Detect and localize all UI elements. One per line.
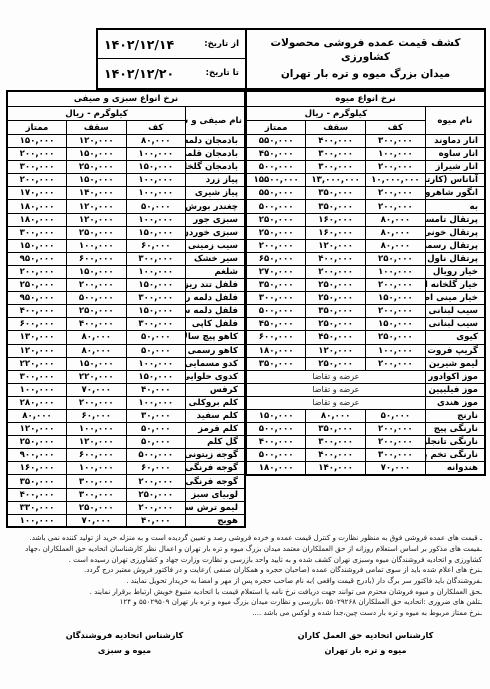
price-premium: ۲۵۰,۰۰۰ xyxy=(246,213,306,226)
signature-right-line2: میوه و تره بار تهران xyxy=(245,643,486,658)
price-floor: ۲۰۰,۰۰۰ xyxy=(126,501,186,514)
table-row: لوبیای سبز۲۵۰,۰۰۰۳۰۰,۰۰۰۴۰۰,۰۰۰ xyxy=(7,488,245,501)
signature-left-line2: میوه و سبزی xyxy=(4,643,245,658)
price-premium: ۳۰۰,۰۰۰ xyxy=(246,292,306,305)
table-row: گل کلم۵۰,۰۰۰۱۲۰,۰۰۰۲۵۰,۰۰۰ xyxy=(7,436,245,449)
table-row: بادمجان قلمی۱۰۰,۰۰۰۱۵۰,۰۰۰۲۰۰,۰۰۰ xyxy=(7,148,245,161)
price-ceiling: ۸۰,۰۰۰ xyxy=(67,331,127,344)
table-row: انگور شاهرودی۲۰۰,۰۰۰۳۵۰,۰۰۰۵۵۰,۰۰۰ xyxy=(246,187,485,200)
price-ceiling: ۲۵۰,۰۰۰ xyxy=(306,292,366,305)
table-row: سیب زمینی۶۰,۰۰۰۱۰۰,۰۰۰۱۵۰,۰۰۰ xyxy=(7,239,245,252)
price-premium: ۹۵۰,۰۰۰ xyxy=(7,292,67,305)
fruit-col-floor: کف xyxy=(366,121,426,135)
product-name: لیمو ترش سنگی xyxy=(186,501,246,514)
table-row: پرتقال تامسون شمال۸۰,۰۰۰۱۶۰,۰۰۰۲۵۰,۰۰۰ xyxy=(246,213,485,226)
price-ceiling: ۷۰,۰۰۰ xyxy=(67,383,127,396)
price-bulletin-document: کشف قیمت عمده فروشی محصولات کشاورزی میدا… xyxy=(0,0,490,689)
product-name: فلفل تند ریز xyxy=(186,279,246,292)
price-floor: ۳۰۰,۰۰۰ xyxy=(126,292,186,305)
price-ceiling: ۱۵۰,۰۰۰ xyxy=(67,174,127,187)
price-floor: ۸۰,۰۰۰ xyxy=(126,135,186,148)
product-name: کرفس xyxy=(186,383,246,396)
product-name: کلم قرمز xyxy=(186,423,246,436)
product-name: گریپ فروت تو سرخ xyxy=(425,344,485,357)
price-premium: ۱۲۰,۰۰۰ xyxy=(7,344,67,357)
price-floor: ۳۰۰,۰۰۰ xyxy=(126,318,186,331)
price-premium: ۳۳۰,۰۰۰ xyxy=(7,501,67,514)
table-row: موز اکوادورعرضه و تقاضا xyxy=(246,370,485,383)
table-row: نارنگی پیج۲۰۰,۰۰۰۳۵۰,۰۰۰۵۰۰,۰۰۰ xyxy=(246,423,485,436)
price-premium: ۳۵۰,۰۰۰ xyxy=(246,279,306,292)
table-row: خیار رویال۱۰۰,۰۰۰۲۰۰,۰۰۰۲۷۰,۰۰۰ xyxy=(246,265,485,278)
table-row: هندوانه۷۰,۰۰۰۱۴۰,۰۰۰۱۸۰,۰۰۰ xyxy=(246,462,485,475)
price-ceiling: ۱۶۰,۰۰۰ xyxy=(306,213,366,226)
price-ceiling: ۳۰۰,۰۰۰ xyxy=(306,161,366,174)
note-line: ـنرخ ممتاز مربوط به میوه و تره بار دست چ… xyxy=(8,608,482,619)
fruit-name-header: نام میوه xyxy=(425,107,485,135)
price-ceiling: ۳۰۰,۰۰۰ xyxy=(67,475,127,488)
price-floor: ۱۰۰,۰۰۰ xyxy=(126,187,186,200)
signature-left-line1: کارشناس اتحادیه فروشندگان xyxy=(4,628,245,643)
product-name: پرتقال ناول جنوب xyxy=(425,252,485,265)
price-floor: ۱۵۰,۰۰۰ xyxy=(126,279,186,292)
table-row: لیمو شیرین۲۰۰,۰۰۰۲۵۰,۰۰۰۳۵۰,۰۰۰ xyxy=(246,357,485,370)
price-floor: ۶۰,۰۰۰ xyxy=(126,462,186,475)
price-ceiling: ۲۵۰,۰۰۰ xyxy=(306,357,366,370)
note-line: ـقیمت های مذکور بر اساس استعلام روزانه ا… xyxy=(8,544,482,565)
table-row: چغندر بورش۵۰,۰۰۰۱۲۰,۰۰۰۱۸۰,۰۰۰ xyxy=(7,200,245,213)
table-row: هویج۴۰,۰۰۰۷۰,۰۰۰۱۰۰,۰۰۰ xyxy=(7,514,245,527)
price-ceiling: ۲۵۰,۰۰۰ xyxy=(67,501,127,514)
price-floor: ۲۰۰,۰۰۰ xyxy=(366,357,426,370)
price-ceiling: ۲۲۰,۰۰۰ xyxy=(67,370,127,383)
table-row: فلفل دلمه رنگی۳۰۰,۰۰۰۵۰۰,۰۰۰۹۵۰,۰۰۰ xyxy=(7,292,245,305)
table-row: گریپ فروت تو سرخ۱۰۰,۰۰۰۱۲۰,۰۰۰۱۸۰,۰۰۰ xyxy=(246,344,485,357)
table-row: لیمو ترش سنگی۲۰۰,۰۰۰۲۵۰,۰۰۰۳۳۰,۰۰۰ xyxy=(7,501,245,514)
supply-demand-cell: عرضه و تقاضا xyxy=(246,383,425,396)
note-line: ـ قیمت های عمده فروشی فوق به منظور نظارت… xyxy=(8,533,482,544)
date-from-label: از تاریخ: xyxy=(204,39,239,49)
price-ceiling: ۱۲۰,۰۰۰ xyxy=(67,436,127,449)
product-name: خیار رویال xyxy=(425,265,485,278)
price-ceiling: ۴۰۰,۰۰۰ xyxy=(306,449,366,462)
price-ceiling: ۶۰,۰۰۰ xyxy=(67,409,127,422)
price-ceiling: ۴۰۰,۰۰۰ xyxy=(67,318,127,331)
veg-col-floor: کف xyxy=(126,121,186,135)
table-row: کلم قرمز۵۰,۰۰۰۱۰۰,۰۰۰۱۲۰,۰۰۰ xyxy=(7,423,245,436)
price-floor: ۴۰,۰۰۰ xyxy=(126,383,186,396)
price-premium: ۱۰۰,۰۰۰ xyxy=(7,383,67,396)
price-premium: ۱۷۰,۰۰۰ xyxy=(7,187,67,200)
price-ceiling: ۳۰۰,۰۰۰ xyxy=(306,148,366,161)
table-row: کدو مسمایی۱۰۰,۰۰۰۱۵۰,۰۰۰۲۲۰,۰۰۰ xyxy=(7,357,245,370)
product-name: هندوانه xyxy=(425,462,485,475)
price-ceiling: ۴۰۰,۰۰۰ xyxy=(306,135,366,148)
veg-unit-header: کیلوگرم - ریال xyxy=(7,107,186,121)
date-to-row: تا تاریخ: ۱۴۰۲/۱۲/۲۰ xyxy=(98,58,245,87)
price-premium: ۱۵۰,۰۰۰ xyxy=(7,135,67,148)
table-row: کلم بروکلی۱۰۰,۰۰۰۲۰۰,۰۰۰۲۸۰,۰۰۰ xyxy=(7,396,245,409)
product-name: بادمجان دلمه ای xyxy=(186,135,246,148)
product-name: هویج xyxy=(186,514,246,527)
footer-notes: ـ قیمت های عمده فروشی فوق به منظور نظارت… xyxy=(4,533,486,618)
product-name: نارنج xyxy=(425,409,485,422)
table-row: انار شیراز۲۰۰,۰۰۰۳۰۰,۰۰۰۵۰۰,۰۰۰ xyxy=(246,161,485,174)
product-name: گوجه فرنگی بوته رس xyxy=(186,462,246,475)
product-name: شلغم xyxy=(186,265,246,278)
vegetable-price-table: نرخ انواع سبزی و صیفی نام صیفی و سبزی کی… xyxy=(6,90,246,529)
product-name: چغندر بورش xyxy=(186,200,246,213)
product-name: نارنگی تخم پاکستانی xyxy=(425,449,485,462)
product-name: گوجه فرنگی گلخانه xyxy=(186,475,246,488)
price-premium: ۱۰۰,۰۰۰ xyxy=(7,514,67,527)
price-floor: ۱۰۰,۰۰۰ xyxy=(126,148,186,161)
price-ceiling: ۱۰۰,۰۰۰ xyxy=(67,462,127,475)
product-name: سیب لبنانی قرمز xyxy=(425,318,485,331)
price-premium: ۴۵۰,۰۰۰ xyxy=(246,318,306,331)
price-premium: ۲۰۰,۰۰۰ xyxy=(7,265,67,278)
price-ceiling: ۱۵۰,۰۰۰ xyxy=(67,265,127,278)
product-name: لوبیای سبز xyxy=(186,488,246,501)
product-name: کیوی xyxy=(425,331,485,344)
table-row: فلفل کاپی۳۰۰,۰۰۰۴۰۰,۰۰۰۶۰۰,۰۰۰ xyxy=(7,318,245,331)
price-premium: ۱۵۰,۰۰۰ xyxy=(7,239,67,252)
table-row: سبزی جور۱۰۰,۰۰۰۱۲۰,۰۰۰۱۸۰,۰۰۰ xyxy=(7,213,245,226)
signature-right-line1: کارشناس اتحادیه حق العمل کاران xyxy=(245,628,486,643)
date-from-row: از تاریخ: ۱۴۰۲/۱۲/۱۴ xyxy=(98,30,245,58)
price-premium: ۱۸۰,۰۰۰ xyxy=(246,462,306,475)
price-floor: ۵۰,۰۰۰ xyxy=(126,423,186,436)
price-ceiling: ۲۵۰,۰۰۰ xyxy=(67,161,127,174)
product-name: نارنگی تانجلو xyxy=(425,436,485,449)
price-ceiling: ۱۲۰,۰۰۰ xyxy=(67,200,127,213)
price-floor: ۲۵۰,۰۰۰ xyxy=(366,252,426,265)
table-row: آناناس (کارتن )۱۰,۰۰۰,۰۰۰۱۳,۰۰۰,۰۰۰۱۵۵۰۰… xyxy=(246,174,485,187)
price-ceiling: ۴۵۰,۰۰۰ xyxy=(306,331,366,344)
price-ceiling: ۲۵۰,۰۰۰ xyxy=(306,318,366,331)
table-row: بادمجان گلخانه ای۱۵۰,۰۰۰۲۵۰,۰۰۰۳۰۰,۰۰۰ xyxy=(7,161,245,174)
price-ceiling: ۸۰,۰۰۰ xyxy=(306,409,366,422)
price-premium: ۴۵۰,۰۰۰ xyxy=(246,148,306,161)
price-premium: ۵۰۰,۰۰۰ xyxy=(246,449,306,462)
table-row: انار دماوند۳۰۰,۰۰۰۴۰۰,۰۰۰۵۵۰,۰۰۰ xyxy=(246,135,485,148)
table-row: پرتقال خونی شمال۸۰,۰۰۰۱۶۰,۰۰۰۲۵۰,۰۰۰ xyxy=(246,226,485,239)
table-row: نارنج۵۰,۰۰۰۸۰,۰۰۰۱۵۰,۰۰۰ xyxy=(246,409,485,422)
price-floor: ۱۰,۰۰۰,۰۰۰ xyxy=(366,174,426,187)
price-premium: ۱۶۰,۰۰۰ xyxy=(7,462,67,475)
table-row: گوجه فرنگی گلخانه۲۰۰,۰۰۰۳۰۰,۰۰۰۳۵۰,۰۰۰ xyxy=(7,475,245,488)
product-name: انار شیراز xyxy=(425,161,485,174)
product-name: پرتقال خونی شمال xyxy=(425,226,485,239)
price-premium: ۹۰۰,۰۰۰ xyxy=(7,449,67,462)
product-name: سبزی خوردن xyxy=(186,226,246,239)
product-name: پیاز زرد xyxy=(186,174,246,187)
price-ceiling: ۱۰۰,۰۰۰ xyxy=(67,423,127,436)
price-floor: ۲۰۰,۰۰۰ xyxy=(126,475,186,488)
price-floor: ۵۰,۰۰۰ xyxy=(126,436,186,449)
table-row: خیار مینی اصفهان۱۵۰,۰۰۰۲۵۰,۰۰۰۳۰۰,۰۰۰ xyxy=(246,292,485,305)
price-floor: ۴۰,۰۰۰ xyxy=(126,514,186,527)
price-premium: ۳۰۰,۰۰۰ xyxy=(7,370,67,383)
product-name: فلفل کاپی xyxy=(186,318,246,331)
veg-name-header: نام صیفی و سبزی xyxy=(186,107,246,135)
table-row: گوجه فرنگی بوته رس۶۰,۰۰۰۱۰۰,۰۰۰۱۶۰,۰۰۰ xyxy=(7,462,245,475)
fruit-price-table: نرخ انواع میوه نام میوه کیلوگرم - ریال ک… xyxy=(245,90,486,476)
table-row: کاهو پیچ سالادی۵۰,۰۰۰۸۰,۰۰۰۱۳۰,۰۰۰ xyxy=(7,331,245,344)
price-ceiling: ۳۵۰,۰۰۰ xyxy=(306,200,366,213)
price-floor: ۳۰۰,۰۰۰ xyxy=(126,252,186,265)
title-box: کشف قیمت عمده فروشی محصولات کشاورزی میدا… xyxy=(245,28,486,90)
table-row: پیاز شیری۱۰۰,۰۰۰۱۴۰,۰۰۰۱۷۰,۰۰۰ xyxy=(7,187,245,200)
price-ceiling: ۱۰۰,۰۰۰ xyxy=(67,239,127,252)
price-floor: ۱۰۰,۰۰۰ xyxy=(366,265,426,278)
price-premium: ۱۸۰,۰۰۰ xyxy=(7,213,67,226)
table-row: به۲۰۰,۰۰۰۳۵۰,۰۰۰۵۰۰,۰۰۰ xyxy=(246,200,485,213)
price-floor: ۱۵۰,۰۰۰ xyxy=(126,226,186,239)
price-ceiling: ۳۵۰,۰۰۰ xyxy=(306,423,366,436)
price-floor: ۲۰۰,۰۰۰ xyxy=(366,200,426,213)
price-ceiling: ۵۰۰,۰۰۰ xyxy=(67,292,127,305)
price-premium: ۲۸۰,۰۰۰ xyxy=(7,396,67,409)
price-floor: ۷۰,۰۰۰ xyxy=(366,462,426,475)
date-from-value: ۱۴۰۲/۱۲/۱۴ xyxy=(104,37,174,52)
price-floor: ۲۰۰,۰۰۰ xyxy=(366,187,426,200)
price-floor: ۱۰۰,۰۰۰ xyxy=(366,344,426,357)
product-name: موز فیلیپین xyxy=(425,383,485,396)
price-premium: ۴۰۰,۰۰۰ xyxy=(7,488,67,501)
fruit-unit-header: کیلوگرم - ریال xyxy=(246,107,425,121)
price-floor: ۲۵۰,۰۰۰ xyxy=(126,488,186,501)
product-name: موز هندی xyxy=(425,396,485,409)
price-ceiling: ۱۶۰,۰۰۰ xyxy=(306,226,366,239)
price-floor: ۵۰,۰۰۰ xyxy=(126,331,186,344)
price-floor: ۸۰,۰۰۰ xyxy=(366,226,426,239)
product-name: پیاز شیری xyxy=(186,187,246,200)
price-floor: ۱۰۰,۰۰۰ xyxy=(126,265,186,278)
product-name: سیب زمینی xyxy=(186,239,246,252)
table-row: شلغم۱۰۰,۰۰۰۱۵۰,۰۰۰۲۰۰,۰۰۰ xyxy=(7,265,245,278)
note-line: ـنرخ های اعلام شده باید از سوی تمامی فرو… xyxy=(8,565,482,576)
product-name: کلم سفید xyxy=(186,409,246,422)
table-row: خیار گلخانه ای۲۰۰,۰۰۰۲۵۰,۰۰۰۳۵۰,۰۰۰ xyxy=(246,279,485,292)
price-premium: ۳۰۰,۰۰۰ xyxy=(7,161,67,174)
price-ceiling: ۶۰۰,۰۰۰ xyxy=(67,252,127,265)
price-floor: ۵۰,۰۰۰ xyxy=(366,409,426,422)
price-floor: ۵۰۰,۰۰۰ xyxy=(126,449,186,462)
product-name: انار ساوه xyxy=(425,148,485,161)
product-name: موز اکوادور xyxy=(425,370,485,383)
product-name: کدوی حلوایی xyxy=(186,370,246,383)
price-premium: ۱۸۰,۰۰۰ xyxy=(246,344,306,357)
supply-demand-cell: عرضه و تقاضا xyxy=(246,370,425,383)
price-floor: ۲۰۰,۰۰۰ xyxy=(366,423,426,436)
price-premium: ۸۰,۰۰۰ xyxy=(7,409,67,422)
product-name: نارنگی پیج xyxy=(425,423,485,436)
price-premium: ۵۰۰,۰۰۰ xyxy=(246,305,306,318)
price-floor: ۱۰۰,۰۰۰ xyxy=(126,357,186,370)
price-premium: ۱۲۰,۰۰۰ xyxy=(7,423,67,436)
price-floor: ۱۰۰,۰۰۰ xyxy=(366,148,426,161)
table-row: انار ساوه۱۰۰,۰۰۰۳۰۰,۰۰۰۴۵۰,۰۰۰ xyxy=(246,148,485,161)
price-premium: ۶۰۰,۰۰۰ xyxy=(7,318,67,331)
price-ceiling: ۱۳,۰۰۰,۰۰۰ xyxy=(306,174,366,187)
note-line: ـتلفن های ضروری :اتحادیه حق العملکاران ۵… xyxy=(8,597,482,608)
price-ceiling: ۱۲۰,۰۰۰ xyxy=(67,135,127,148)
price-premium: ۲۰۰,۰۰۰ xyxy=(7,148,67,161)
product-name: گوجه زیتونی xyxy=(186,449,246,462)
price-floor: ۸۰,۰۰۰ xyxy=(366,213,426,226)
table-row: فلفل تند ریز۱۵۰,۰۰۰۲۰۰,۰۰۰۲۵۰,۰۰۰ xyxy=(7,279,245,292)
price-floor: ۲۰۰,۰۰۰ xyxy=(366,161,426,174)
product-name: بادمجان قلمی xyxy=(186,148,246,161)
product-name: بادمجان گلخانه ای xyxy=(186,161,246,174)
product-name: فلفل دلمه سبز xyxy=(186,305,246,318)
table-row: سیب لبنانی زرد۲۰۰,۰۰۰۳۵۰,۰۰۰۵۰۰,۰۰۰ xyxy=(246,305,485,318)
price-ceiling: ۲۰۰,۰۰۰ xyxy=(67,279,127,292)
tables-area: نرخ انواع میوه نام میوه کیلوگرم - ریال ک… xyxy=(4,90,486,529)
table-row: کرفس۴۰,۰۰۰۷۰,۰۰۰۱۰۰,۰۰۰ xyxy=(7,383,245,396)
price-premium: ۲۰۰,۰۰۰ xyxy=(7,174,67,187)
price-ceiling: ۲۰۰,۰۰۰ xyxy=(67,396,127,409)
table-row: کاهو رسمی۵۰,۰۰۰۸۰,۰۰۰۱۲۰,۰۰۰ xyxy=(7,344,245,357)
price-premium: ۱۳۰,۰۰۰ xyxy=(7,331,67,344)
table-row: نارنگی تانجلو۲۰۰,۰۰۰۳۰۰,۰۰۰۴۰۰,۰۰۰ xyxy=(246,436,485,449)
table-row: کلم سفید۳۰,۰۰۰۶۰,۰۰۰۸۰,۰۰۰ xyxy=(7,409,245,422)
document-title-line1: کشف قیمت عمده فروشی محصولات کشاورزی xyxy=(251,36,480,64)
price-floor: ۵۰,۰۰۰ xyxy=(126,200,186,213)
veg-col-premium: ممتاز xyxy=(7,121,67,135)
price-premium: ۲۵۰,۰۰۰ xyxy=(7,279,67,292)
veg-col-ceiling: سقف xyxy=(67,121,127,135)
product-name: کاهو رسمی xyxy=(186,344,246,357)
price-premium: ۶۰۰,۰۰۰ xyxy=(246,331,306,344)
price-premium: ۵۰۰,۰۰۰ xyxy=(246,200,306,213)
price-premium: ۵۰۰,۰۰۰ xyxy=(246,423,306,436)
price-premium: ۳۰۰,۰۰۰ xyxy=(7,226,67,239)
price-floor: ۳۰,۰۰۰ xyxy=(126,409,186,422)
price-ceiling: ۱۴۰,۰۰۰ xyxy=(67,187,127,200)
price-ceiling: ۸۰,۰۰۰ xyxy=(67,344,127,357)
signature-right: کارشناس اتحادیه حق العمل کاران میوه و تر… xyxy=(245,628,486,658)
price-premium: ۵۰۰,۰۰۰ xyxy=(246,161,306,174)
signature-left: کارشناس اتحادیه فروشندگان میوه و سبزی xyxy=(4,628,245,658)
price-floor: ۱۰۰,۰۰۰ xyxy=(126,174,186,187)
price-premium: ۴۰۰,۰۰۰ xyxy=(246,436,306,449)
price-floor: ۱۵۰,۰۰۰ xyxy=(126,161,186,174)
price-floor: ۱۵۰,۰۰۰ xyxy=(366,292,426,305)
product-name: سیر خشک xyxy=(186,252,246,265)
product-name: پرتقال رسمی شمال xyxy=(425,239,485,252)
price-floor: ۱۰۰,۰۰۰ xyxy=(126,396,186,409)
price-ceiling: ۲۰۰,۰۰۰ xyxy=(306,265,366,278)
price-ceiling: ۱۴۰,۰۰۰ xyxy=(306,462,366,475)
price-premium: ۹۵۰,۰۰۰ xyxy=(7,252,67,265)
table-row: نارنگی تخم پاکستانی۳۰۰,۰۰۰۴۰۰,۰۰۰۵۰۰,۰۰۰ xyxy=(246,449,485,462)
price-premium: ۱۵۰,۰۰۰ xyxy=(246,409,306,422)
table-row: موز فیلیپینعرضه و تقاضا xyxy=(246,383,485,396)
product-name: سبزی جور xyxy=(186,213,246,226)
fruit-col-premium: ممتاز xyxy=(246,121,306,135)
price-ceiling: ۱۲۰,۰۰۰ xyxy=(67,213,127,226)
price-premium: ۳۵۰,۰۰۰ xyxy=(246,357,306,370)
product-name: گل کلم xyxy=(186,436,246,449)
price-ceiling: ۲۵۰,۰۰۰ xyxy=(306,279,366,292)
price-premium: ۴۰۰,۰۰۰ xyxy=(7,305,67,318)
table-row: سبزی خوردن۱۵۰,۰۰۰۲۵۰,۰۰۰۳۰۰,۰۰۰ xyxy=(7,226,245,239)
price-floor: ۳۰۰,۰۰۰ xyxy=(366,449,426,462)
dates-box: از تاریخ: ۱۴۰۲/۱۲/۱۴ تا تاریخ: ۱۴۰۲/۱۲/۲… xyxy=(96,28,245,90)
price-premium: ۲۰۰,۰۰۰ xyxy=(246,239,306,252)
price-floor: ۱۵۰,۰۰۰ xyxy=(366,318,426,331)
fruit-section-title: نرخ انواع میوه xyxy=(246,91,485,107)
product-name: به xyxy=(425,200,485,213)
product-name: کلم بروکلی xyxy=(186,396,246,409)
price-ceiling: ۳۵۰,۰۰۰ xyxy=(306,187,366,200)
price-ceiling: ۱۲۰,۰۰۰ xyxy=(306,344,366,357)
price-ceiling: ۲۵۰,۰۰۰ xyxy=(67,226,127,239)
fruit-col-ceiling: سقف xyxy=(306,121,366,135)
price-premium: ۱۸۰,۰۰۰ xyxy=(7,200,67,213)
price-premium: ۵۵۰,۰۰۰ xyxy=(246,135,306,148)
price-premium: ۲۵۰,۰۰۰ xyxy=(246,226,306,239)
table-row: موز هندیعرضه و تقاضا xyxy=(246,396,485,409)
price-premium: ۳۵۰,۰۰۰ xyxy=(7,475,67,488)
price-floor: ۵۰,۰۰۰ xyxy=(126,344,186,357)
product-name: پرتقال تامسون شمال xyxy=(425,213,485,226)
product-name: لیمو شیرین xyxy=(425,357,485,370)
product-name: انگور شاهرودی xyxy=(425,187,485,200)
price-floor: ۲۰۰,۰۰۰ xyxy=(366,279,426,292)
price-ceiling: ۴۰۰,۰۰۰ xyxy=(306,252,366,265)
supply-demand-cell: عرضه و تقاضا xyxy=(246,396,425,409)
price-ceiling: ۳۵۰,۰۰۰ xyxy=(306,305,366,318)
price-floor: ۳۰۰,۰۰۰ xyxy=(366,135,426,148)
table-row: سیر خشک۳۰۰,۰۰۰۶۰۰,۰۰۰۹۵۰,۰۰۰ xyxy=(7,252,245,265)
price-ceiling: ۷۰,۰۰۰ xyxy=(67,514,127,527)
price-floor: ۸۰,۰۰۰ xyxy=(366,239,426,252)
date-to-label: تا تاریخ: xyxy=(206,68,239,78)
document-header: کشف قیمت عمده فروشی محصولات کشاورزی میدا… xyxy=(4,28,486,90)
product-name: فلفل دلمه رنگی xyxy=(186,292,246,305)
product-name: خیار گلخانه ای xyxy=(425,279,485,292)
table-row: کیوی۲۵۰,۰۰۰۴۵۰,۰۰۰۶۰۰,۰۰۰ xyxy=(246,331,485,344)
date-to-value: ۱۴۰۲/۱۲/۲۰ xyxy=(104,66,174,81)
price-floor: ۱۵۰,۰۰۰ xyxy=(126,370,186,383)
table-row: گوجه زیتونی۵۰۰,۰۰۰۶۰۰,۰۰۰۹۰۰,۰۰۰ xyxy=(7,449,245,462)
price-premium: ۲۵۰,۰۰۰ xyxy=(7,436,67,449)
product-name: آناناس (کارتن ) xyxy=(425,174,485,187)
document-title-line2: میدان بزرگ میوه و تره بار تهران xyxy=(251,67,480,81)
product-name: انار دماوند xyxy=(425,135,485,148)
price-floor: ۶۰,۰۰۰ xyxy=(126,239,186,252)
price-floor: ۲۵۰,۰۰۰ xyxy=(366,331,426,344)
price-ceiling: ۱۵۰,۰۰۰ xyxy=(67,148,127,161)
price-premium: ۱۵۵۰۰,۰۰۰ xyxy=(246,174,306,187)
price-premium: ۲۷۰,۰۰۰ xyxy=(246,265,306,278)
price-ceiling: ۱۲۰,۰۰۰ xyxy=(306,239,366,252)
product-name: کدو مسمایی xyxy=(186,357,246,370)
price-ceiling: ۲۵۰,۰۰۰ xyxy=(67,305,127,318)
price-ceiling: ۱۵۰,۰۰۰ xyxy=(67,357,127,370)
table-row: پرتقال ناول جنوب۲۵۰,۰۰۰۴۰۰,۰۰۰۶۵۰,۰۰۰ xyxy=(246,252,485,265)
price-floor: ۱۵۰,۰۰۰ xyxy=(126,305,186,318)
table-row: پیاز زرد۱۰۰,۰۰۰۱۵۰,۰۰۰۲۰۰,۰۰۰ xyxy=(7,174,245,187)
product-name: خیار مینی اصفهان xyxy=(425,292,485,305)
table-row: بادمجان دلمه ای۸۰,۰۰۰۱۲۰,۰۰۰۱۵۰,۰۰۰ xyxy=(7,135,245,148)
note-line: ـفروشندگان باید فاکتور سر برگ دار (بادرج… xyxy=(8,576,482,587)
table-row: فلفل دلمه سبز۱۵۰,۰۰۰۲۵۰,۰۰۰۴۰۰,۰۰۰ xyxy=(7,305,245,318)
price-premium: ۵۵۰,۰۰۰ xyxy=(246,187,306,200)
